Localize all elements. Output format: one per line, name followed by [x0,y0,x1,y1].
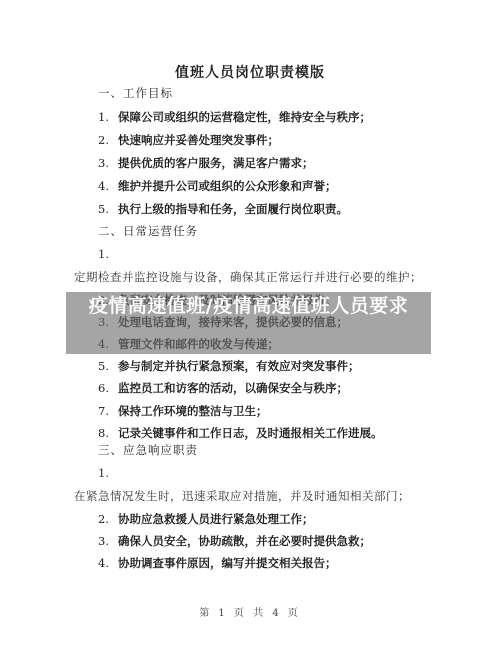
item-number: 2. [98,512,118,526]
list-item: 4.协助调查事件原因，编写并提交相关报告； [98,556,337,570]
item-text: 协助应急救援人员进行紧急处理工作； [118,512,314,526]
banner-title: 疫情高速值班/疫情高速值班人员要求 [66,294,431,318]
section-heading-emergency-response: 三、应急响应职责 [98,443,198,457]
item-text: 定期检查并监控设施与设备，确保其正常运行并进行必要的维护； [74,270,422,284]
item-number: 1. [98,247,109,261]
item-number: 4. [98,179,118,193]
item-text: 维护并提升公司或组织的公众形象和声誉； [118,179,337,193]
item-number: 1. [98,466,109,480]
list-item: 7.保持工作环境的整洁与卫生； [98,404,268,418]
item-number: 3. [98,156,118,170]
item-text: 保障公司或组织的运营稳定性，维持安全与秩序； [118,110,371,124]
item-number: 2. [98,133,118,147]
item-number: 5. [98,202,118,216]
item-number: 3. [98,534,118,548]
item-number: 1. [98,110,118,124]
overlay-banner: 疫情高速值班/疫情高速值班人员要求 [66,292,431,354]
item-number: 4. [98,556,118,570]
item-text: 在紧急情况发生时，迅速采取应对措施，并及时通知相关部门； [74,489,410,503]
item-number: 7. [98,404,118,418]
document-page: 值班人员岗位职责模版 一、工作目标 1.保障公司或组织的运营稳定性，维持安全与秩… [0,0,500,647]
list-item: 5.参与制定并执行紧急预案，有效应对突发事件； [98,359,360,373]
item-text: 记录关键事件和工作日志，及时通报相关工作进展。 [118,426,383,440]
list-item: 8.记录关键事件和工作日志，及时通报相关工作进展。 [98,426,383,440]
page-footer: 第 1 页 共 4 页 [0,604,500,619]
list-item: 1.保障公司或组织的运营稳定性，维持安全与秩序； [98,110,371,124]
list-item: 2.快速响应并妥善处理突发事件； [98,133,279,147]
item-text: 保持工作环境的整洁与卫生； [118,404,268,418]
section-heading-daily-operations: 二、日常运营任务 [98,224,198,238]
section-heading-work-goals: 一、工作目标 [98,86,173,100]
item-text: 参与制定并执行紧急预案，有效应对突发事件； [118,359,360,373]
list-item: 2.协助应急救援人员进行紧急处理工作； [98,512,314,526]
list-item: 3.确保人员安全，协助疏散，并在必要时提供急救； [98,534,371,548]
item-number: 6. [98,381,118,395]
item-number: 8. [98,426,118,440]
list-item: 3.提供优质的客户服务，满足客户需求； [98,156,314,170]
item-text: 监控员工和访客的活动，以确保安全与秩序； [118,381,348,395]
list-item: 5.执行上级的指导和任务，全面履行岗位职责。 [98,202,348,216]
item-number: 5. [98,359,118,373]
item-text: 快速响应并妥善处理突发事件； [118,133,279,147]
item-text: 提供优质的客户服务，满足客户需求； [118,156,314,170]
item-text: 确保人员安全，协助疏散，并在必要时提供急救； [118,534,371,548]
item-text: 协助调查事件原因，编写并提交相关报告； [118,556,337,570]
document-title: 值班人员岗位职责模版 [0,62,500,82]
list-item: 4.维护并提升公司或组织的公众形象和声誉； [98,179,337,193]
list-item: 6.监控员工和访客的活动，以确保安全与秩序； [98,381,348,395]
item-text: 执行上级的指导和任务，全面履行岗位职责。 [118,202,348,216]
